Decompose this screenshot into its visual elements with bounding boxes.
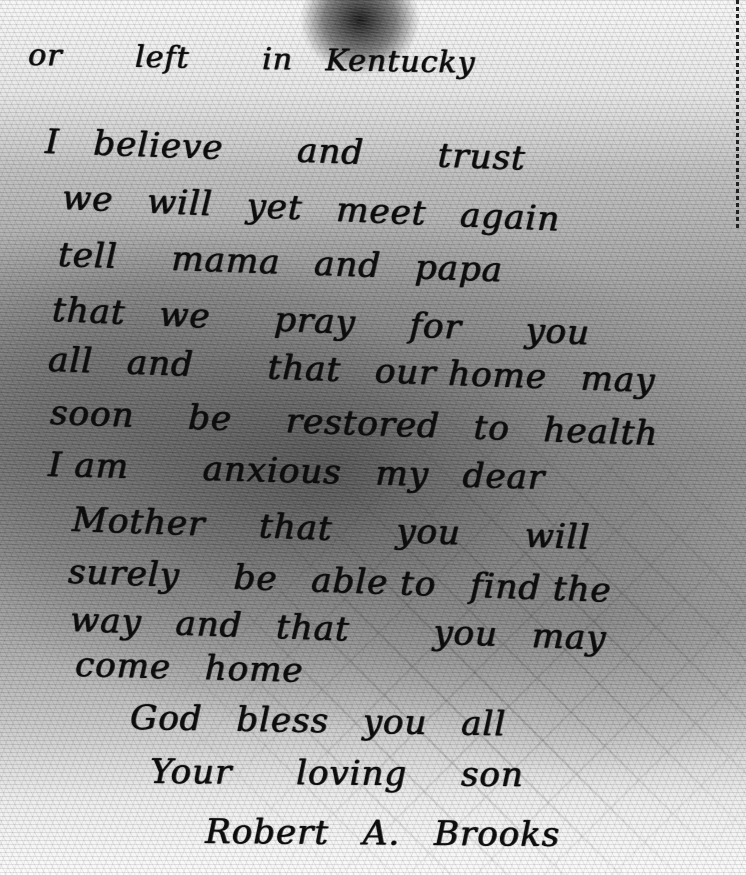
word: all: [47, 340, 93, 382]
word: will: [146, 182, 213, 225]
signature-initial: A.: [363, 813, 401, 853]
word: way: [69, 600, 142, 642]
word: loving: [296, 753, 407, 794]
word: and: [313, 244, 381, 286]
word: mama: [171, 239, 281, 283]
signature-first-name: Robert: [205, 812, 329, 853]
word: be: [233, 558, 278, 600]
word: my: [375, 454, 429, 495]
word: for: [408, 306, 462, 348]
word: again: [459, 195, 561, 239]
word: to: [473, 408, 511, 449]
page-edge-mark: [736, 0, 739, 230]
word: be: [187, 398, 232, 440]
word: that: [51, 290, 126, 333]
word: Mother: [71, 500, 206, 545]
letter-line-1: or left in Kentucky: [28, 38, 498, 81]
word: in: [262, 42, 294, 78]
word: I am: [47, 445, 129, 487]
word: you: [433, 613, 499, 655]
word: trust: [437, 136, 526, 179]
word: believe: [93, 124, 224, 169]
word: I: [44, 122, 60, 162]
word: our home: [374, 351, 547, 397]
word: pray: [273, 300, 356, 344]
word: and: [296, 131, 364, 173]
word: surely: [67, 552, 180, 596]
word: health: [543, 410, 659, 454]
word: son: [461, 755, 524, 796]
word: and: [175, 604, 243, 646]
word: may: [580, 359, 656, 402]
word: will: [524, 516, 591, 558]
word: all: [461, 704, 507, 745]
word: we: [61, 178, 114, 220]
word: soon: [49, 393, 135, 436]
word: you: [524, 311, 590, 354]
word: you: [395, 511, 461, 553]
word: home: [204, 648, 304, 691]
word: restored: [285, 401, 440, 446]
word: bless: [236, 700, 329, 742]
word: and: [126, 343, 194, 385]
word: able to: [310, 561, 436, 605]
letter-line-12: come home: [74, 645, 325, 692]
word: left: [135, 40, 190, 76]
word: papa: [414, 247, 503, 290]
word: Kentucky: [325, 43, 476, 81]
word: that: [267, 348, 342, 391]
word: or: [28, 38, 63, 74]
word: you: [362, 702, 427, 743]
letter-line-8: I am anxious my dear: [47, 445, 567, 499]
word: may: [531, 616, 607, 659]
word: find the: [469, 566, 612, 611]
word: meet: [335, 190, 427, 234]
letter-line-13: God bless you all: [130, 698, 529, 745]
word: come: [74, 645, 171, 687]
scanned-letter-page: or left in Kentucky I believe and trust …: [0, 0, 746, 875]
word: tell: [57, 235, 118, 277]
letter-signature: Robert A. Brooks: [205, 812, 582, 855]
word: that: [275, 607, 350, 650]
letter-line-3: we will yet meet again: [61, 178, 583, 241]
word: Your: [150, 752, 232, 793]
letter-line-9: Mother that you will: [71, 500, 613, 559]
letter-line-7: soon be restored to health: [49, 393, 680, 455]
letter-line-4: tell mama and papa: [57, 235, 525, 291]
word: we: [158, 295, 211, 337]
word: anxious: [202, 449, 342, 493]
word: dear: [462, 456, 545, 498]
signature-last-name: Brooks: [434, 814, 561, 855]
word: yet: [246, 186, 304, 228]
letter-line-2: I believe and trust: [44, 122, 548, 180]
letter-line-14-closing: Your loving son: [150, 752, 546, 795]
word: God: [130, 698, 203, 739]
word: that: [258, 507, 333, 550]
